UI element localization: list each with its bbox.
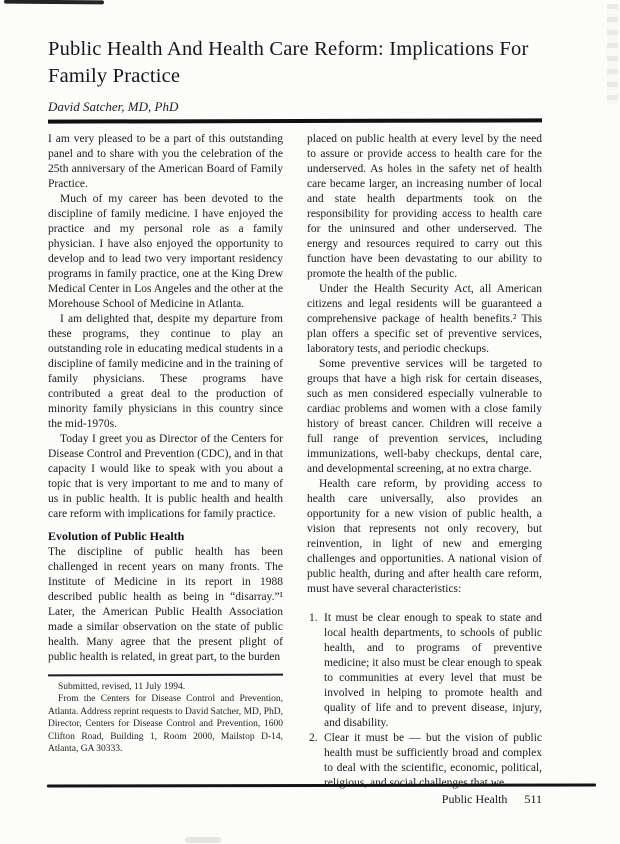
scan-artifact-streak — [4, 0, 104, 4]
list-item-text: Clear it must be — but the vision of pub… — [324, 731, 542, 791]
paragraph: Much of my career has been devoted to th… — [48, 192, 283, 312]
footnote-block: Submitted, revised, 11 July 1994. From t… — [48, 674, 283, 756]
list-item-number: 2. — [309, 731, 324, 791]
author-byline: David Satcher, MD, PhD — [48, 99, 178, 115]
list-item-text: It must be clear enough to speak to stat… — [324, 611, 542, 731]
page-number: 511 — [524, 792, 542, 806]
paragraph: Health care reform, by providing access … — [307, 477, 542, 597]
right-column: placed on public health at every level b… — [307, 132, 542, 791]
paragraph: placed on public health at every level b… — [307, 132, 542, 282]
characteristics-list: 1. It must be clear enough to speak to s… — [307, 611, 542, 791]
left-column: I am very pleased to be a part of this o… — [48, 132, 283, 791]
title-divider-rule — [48, 118, 542, 123]
paragraph: I am delighted that, despite my departur… — [48, 312, 283, 432]
list-item-number: 1. — [309, 611, 324, 731]
paragraph: The discipline of public health has been… — [48, 545, 283, 665]
scan-artifact-edge-marks — [607, 4, 618, 104]
article-title: Public Health And Health Care Reform: Im… — [48, 36, 553, 90]
footnote-divider-rule — [48, 674, 283, 676]
paragraph: Some preventive services will be targete… — [307, 357, 542, 477]
scan-artifact-smudge — [185, 837, 221, 843]
article-body: I am very pleased to be a part of this o… — [48, 132, 542, 791]
page-footer: Public Health 511 — [48, 792, 542, 807]
paragraph: Today I greet you as Director of the Cen… — [48, 432, 283, 522]
list-item: 2. Clear it must be — but the vision of … — [309, 731, 542, 791]
paragraph: I am very pleased to be a part of this o… — [48, 132, 283, 192]
footnote-submitted: Submitted, revised, 11 July 1994. — [48, 681, 283, 694]
section-heading: Evolution of Public Health — [48, 529, 283, 544]
list-item: 1. It must be clear enough to speak to s… — [309, 611, 542, 731]
scanned-article-page: Public Health And Health Care Reform: Im… — [0, 0, 620, 844]
running-title: Public Health — [442, 792, 508, 806]
paragraph: Under the Health Security Act, all Ameri… — [307, 282, 542, 357]
footnote-address: From the Centers for Disease Control and… — [48, 693, 283, 756]
